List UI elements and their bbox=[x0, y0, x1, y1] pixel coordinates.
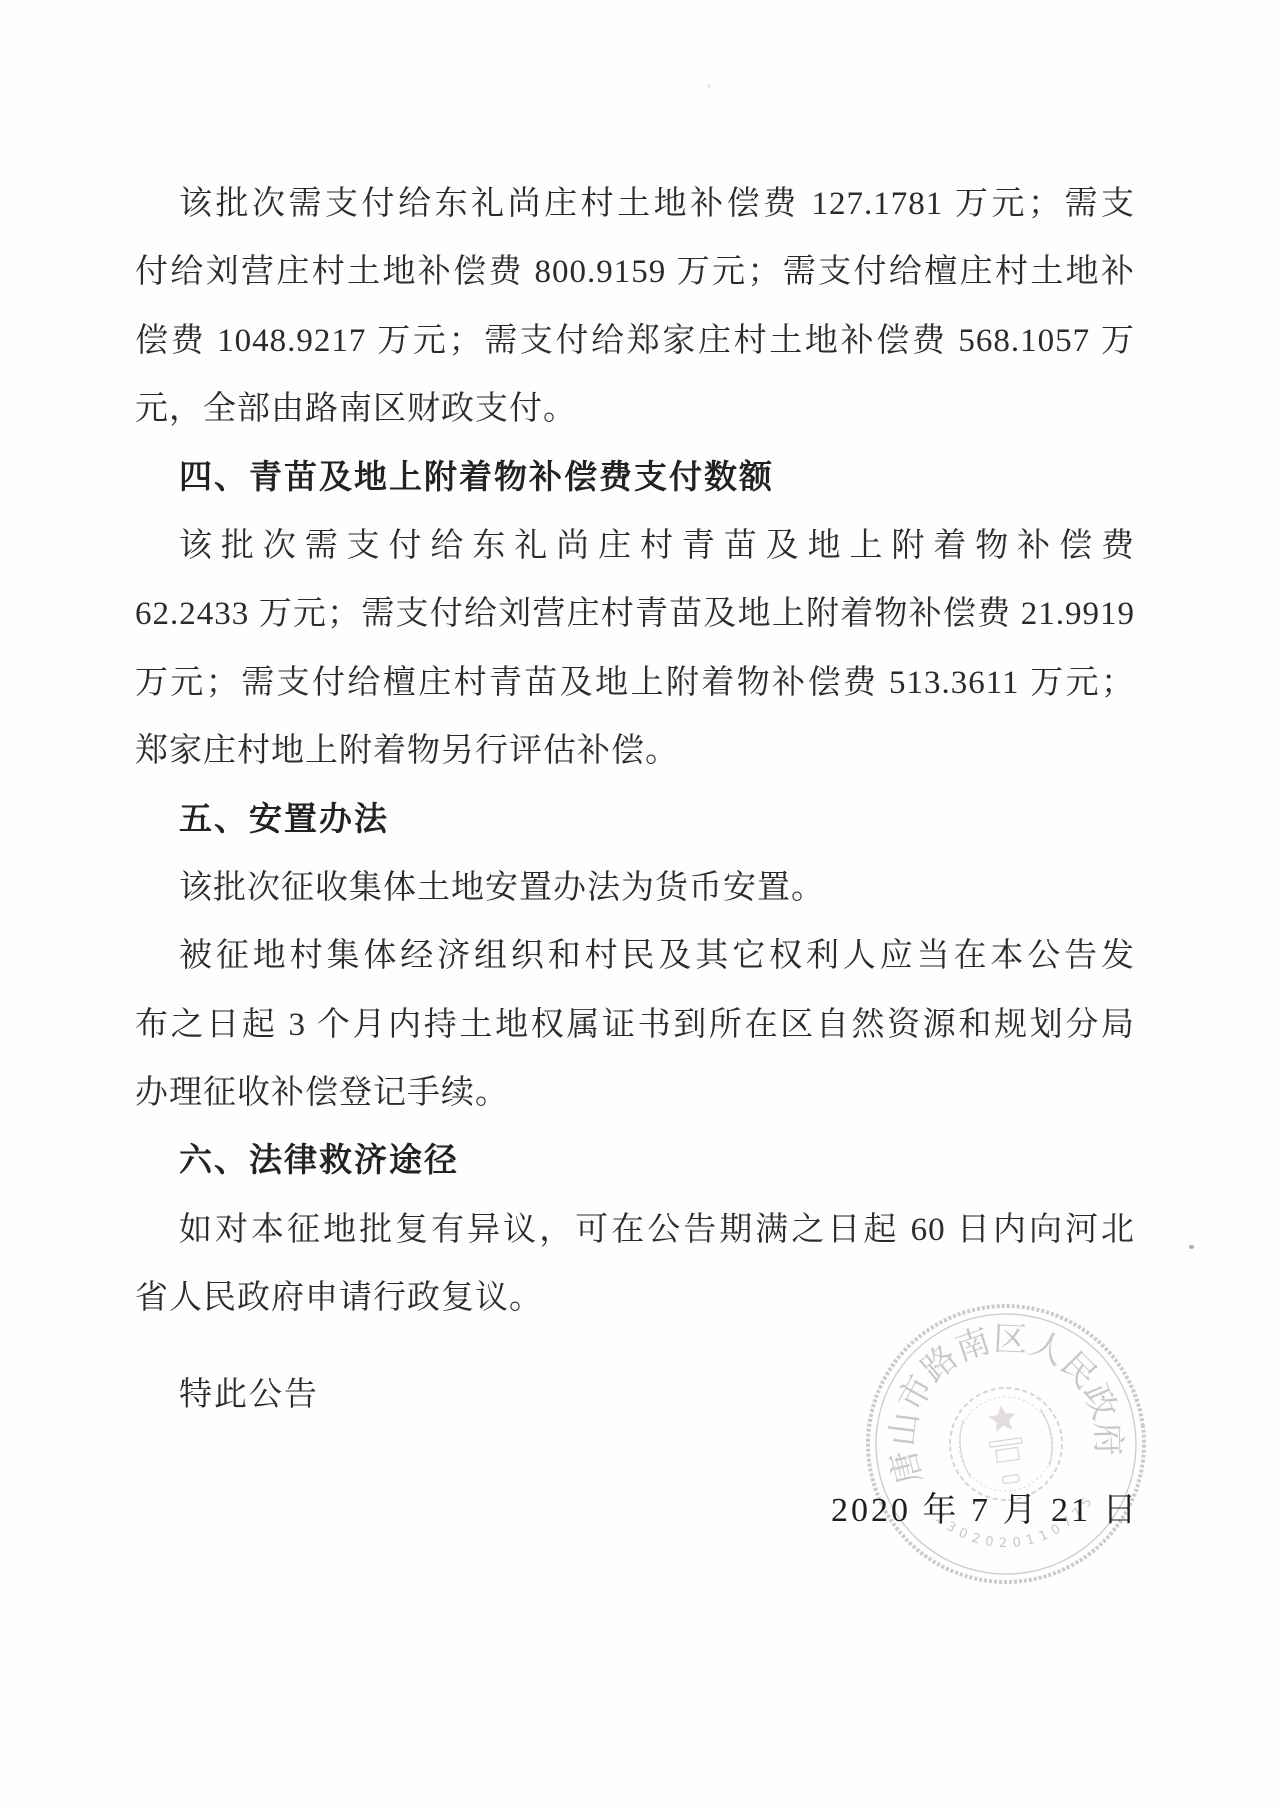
seal-title-text: 唐山市路南区人民政府 bbox=[868, 1304, 1131, 1489]
section-heading: 六、法律救济途径 bbox=[135, 1127, 1135, 1195]
closing-line: 特此公告 bbox=[179, 1368, 319, 1415]
scan-speck bbox=[1189, 1245, 1194, 1249]
section-heading: 五、安置办法 bbox=[135, 786, 1135, 854]
body-line: 万元；需支付给檀庄村青苗及地上附着物补偿费 513.3611 万元； bbox=[135, 649, 1135, 717]
announcement-page: 该批次需支付给东礼尚庄村土地补偿费 127.1781 万元；需支付给刘营庄村土地… bbox=[0, 0, 1280, 1809]
scan-speck bbox=[707, 84, 711, 89]
section-heading: 四、青苗及地上附着物补偿费支付数额 bbox=[135, 444, 1135, 512]
body-line: 布之日起 3 个月内持土地权属证书到所在区自然资源和规划分局 bbox=[135, 991, 1135, 1059]
body-line: 付给刘营庄村土地补偿费 800.9159 万元；需支付给檀庄村土地补 bbox=[135, 238, 1135, 306]
document-body: 该批次需支付给东礼尚庄村土地补偿费 127.1781 万元；需支付给刘营庄村土地… bbox=[135, 170, 1135, 1333]
body-line: 该批次需支付给东礼尚庄村青苗及地上附着物补偿费 bbox=[135, 512, 1135, 580]
body-line: 该批次需支付给东礼尚庄村土地补偿费 127.1781 万元；需支 bbox=[135, 170, 1135, 238]
body-line: 办理征收补偿登记手续。 bbox=[135, 1059, 1135, 1127]
seal-star-icon bbox=[987, 1404, 1017, 1433]
body-line: 偿费 1048.9217 万元；需支付给郑家庄村土地补偿费 568.1057 万 bbox=[135, 307, 1135, 375]
body-line: 元，全部由路南区财政支付。 bbox=[135, 375, 1135, 443]
body-line: 如对本征地批复有异议，可在公告期满之日起 60 日内向河北 bbox=[135, 1196, 1135, 1264]
body-line: 郑家庄村地上附着物另行评估补偿。 bbox=[135, 717, 1135, 785]
body-line: 该批次征收集体土地安置办法为货币安置。 bbox=[135, 854, 1135, 922]
body-line: 62.2433 万元；需支付给刘营庄村青苗及地上附着物补偿费 21.9919 bbox=[135, 580, 1135, 648]
official-seal: 唐山市路南区人民政府 1302020110775 bbox=[862, 1300, 1150, 1588]
date-line: 2020 年 7 月 21 日 bbox=[831, 1482, 1140, 1531]
body-line: 被征地村集体经济组织和村民及其它权利人应当在本公告发 bbox=[135, 922, 1135, 990]
